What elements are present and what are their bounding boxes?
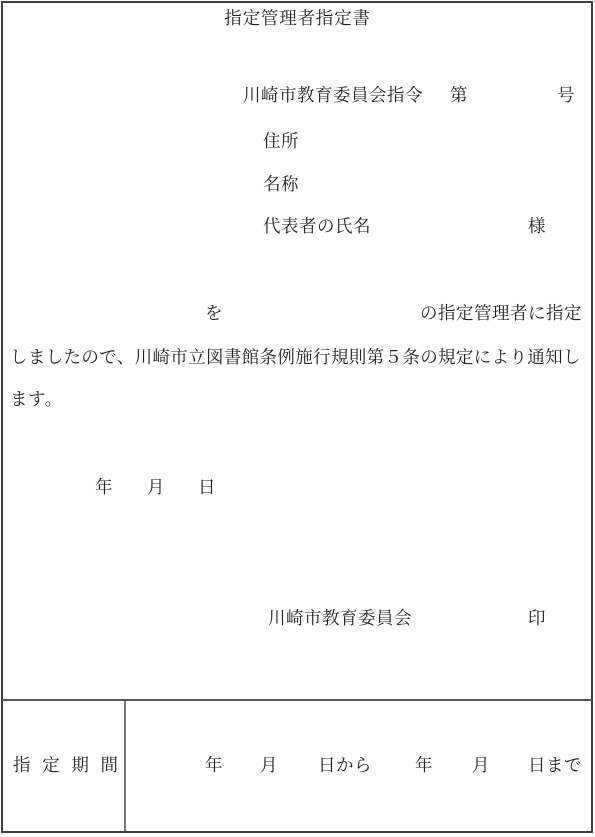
period-to-year-label: 年 <box>415 755 433 775</box>
period-from-day-label: 日から <box>318 755 372 775</box>
period-to-day-label: 日まで <box>528 755 582 775</box>
directive-number-suffix: 号 <box>557 85 575 105</box>
period-to-month-label: 月 <box>472 755 490 775</box>
document-page: 指定管理者指定書 川崎市教育委員会指令 第 号 住所 名称 代表者の氏名 様 を… <box>0 0 595 837</box>
issue-date-day-label: 日 <box>198 477 216 497</box>
issuer-seal-label: 印 <box>528 608 546 628</box>
period-from-month-label: 月 <box>260 755 278 775</box>
sheet-outer-border <box>1 1 593 833</box>
table-row-label-designated-period: 指定期間 <box>13 755 118 775</box>
body-line1-right-text: の指定管理者に指定 <box>420 303 582 323</box>
recipient-name-label: 名称 <box>263 174 299 194</box>
issue-date-year-label: 年 <box>95 477 113 497</box>
directive-number-prefix: 第 <box>450 85 468 105</box>
body-line3-text: ます。 <box>10 389 63 409</box>
issue-date-month-label: 月 <box>147 477 165 497</box>
issuer-name: 川崎市教育委員会 <box>268 608 412 628</box>
document-title: 指定管理者指定書 <box>0 8 595 28</box>
recipient-honorific: 様 <box>528 216 546 236</box>
recipient-address-label: 住所 <box>263 131 299 151</box>
table-top-border <box>2 699 593 701</box>
table-column-divider <box>124 701 126 831</box>
body-particle-wo: を <box>205 303 223 323</box>
directive-authority-text: 川崎市教育委員会指令 <box>243 85 423 105</box>
body-line2-text: しましたので、川崎市立図書館条例施行規則第５条の規定により通知し <box>10 347 588 367</box>
recipient-representative-label: 代表者の氏名 <box>263 216 371 236</box>
period-from-year-label: 年 <box>205 755 223 775</box>
